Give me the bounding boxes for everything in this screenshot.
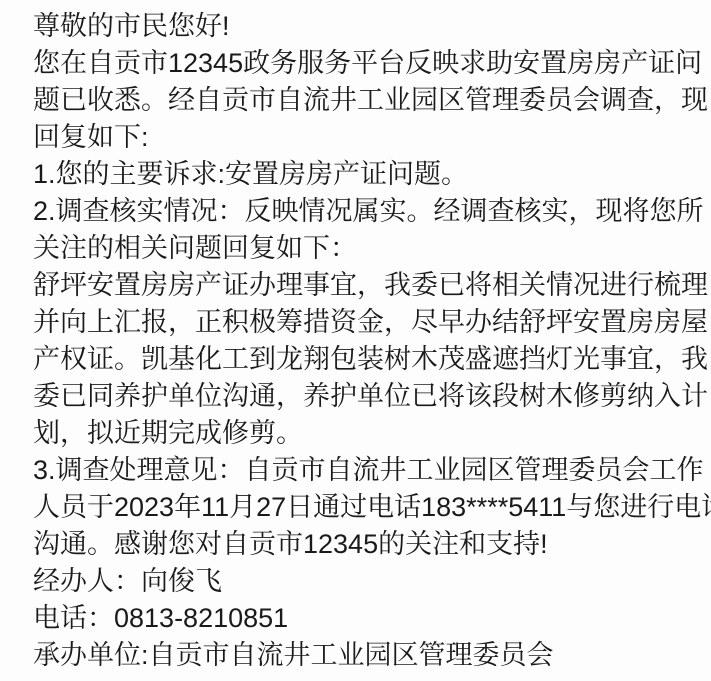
phone-line: 电话：0813-8210851 — [33, 600, 695, 637]
detail-line-5: 划，拟近期完成修剪。 — [33, 415, 695, 452]
intro-line-3: 回复如下: — [33, 119, 695, 156]
greeting-line: 尊敬的市民您好! — [33, 8, 695, 45]
verification-line-1: 2.调查核实情况：反映情况属实。经调查核实，现将您所 — [33, 193, 695, 230]
intro-line-2: 题已收悉。经自贡市自流井工业园区管理委员会调查，现 — [33, 82, 695, 119]
detail-line-3: 产权证。凯基化工到龙翔包装树木茂盛遮挡灯光事宜，我 — [33, 341, 695, 378]
detail-line-4: 委已同养护单位沟通，养护单位已将该段树木修剪纳入计 — [33, 378, 695, 415]
detail-line-2: 并向上汇报，正积极筹措资金，尽早办结舒坪安置房房屋 — [33, 304, 695, 341]
opinion-line-1: 3.调查处理意见：自贡市自流井工业园区管理委员会工作 — [33, 452, 695, 489]
unit-line: 承办单位:自贡市自流井工业园区管理委员会 — [33, 637, 695, 674]
reply-letter: 尊敬的市民您好! 您在自贡市12345政务服务平台反映求助安置房房产证问 题已收… — [0, 0, 711, 674]
intro-line-1: 您在自贡市12345政务服务平台反映求助安置房房产证问 — [33, 45, 695, 82]
handler-line: 经办人：向俊飞 — [33, 563, 695, 600]
detail-line-1: 舒坪安置房房产证办理事宜，我委已将相关情况进行梳理 — [33, 267, 695, 304]
verification-line-2: 关注的相关问题回复如下： — [33, 230, 695, 267]
demand-line: 1.您的主要诉求:安置房房产证问题。 — [33, 156, 695, 193]
opinion-line-2: 人员于2023年11月27日通过电话183****5411与您进行电话 — [33, 489, 695, 526]
opinion-line-3: 沟通。感谢您对自贡市12345的关注和支持! — [33, 526, 695, 563]
